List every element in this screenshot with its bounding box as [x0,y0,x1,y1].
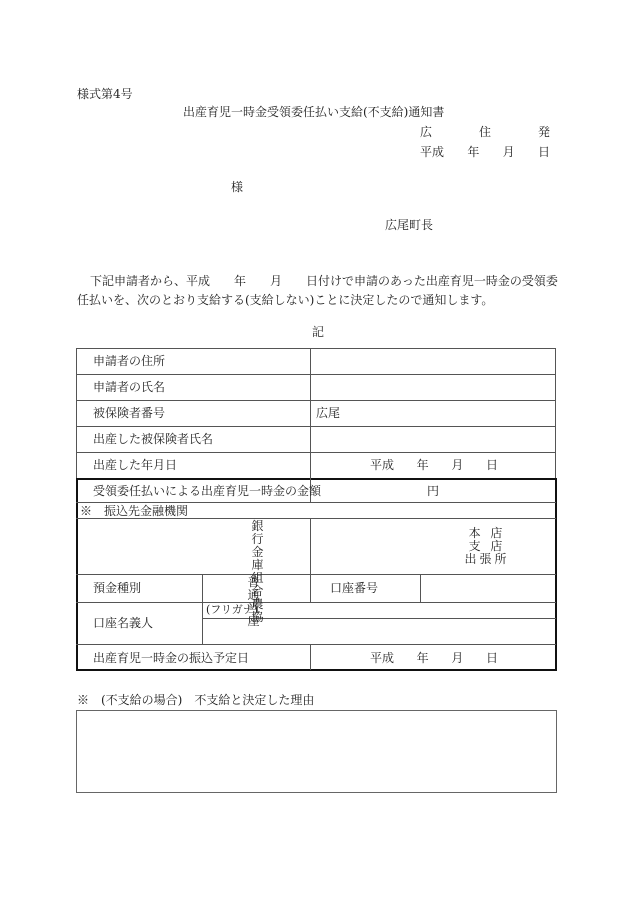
issue-date-month: 月 [503,143,515,160]
issue-date: 平成 年 月 日 [420,143,550,160]
amount-label: 受領委任払いによる出産育児一時金の金額 [93,485,321,497]
account-number-label: 口座番号 [330,582,378,594]
account-holder-furigana-field[interactable] [270,604,550,616]
institution-type-bank: 銀 行 [240,520,280,546]
addressee-suffix: 様 [231,181,243,193]
reason-label: ※ (不支給の場合) 不支給と決定した理由 [77,694,314,706]
deposit-type-options[interactable]: 普 通 当 座 [236,576,276,628]
insured-birth-name-label: 出産した被保険者氏名 [93,433,213,445]
amount-unit: 円 [427,485,439,497]
bank-name-field[interactable] [80,522,230,570]
transfer-date-year: 年 [417,652,429,664]
issue-number-suffix: 発 [538,123,550,140]
issue-date-era: 平成 [420,143,444,160]
applicant-name-label: 申請者の氏名 [93,381,165,393]
deposit-type-ordinary[interactable]: 普 通 [236,576,276,602]
body-line-1: 下記申請者から、平成 年 月 日付けで申請のあった出産育児一時金の受領委 [90,275,558,287]
bank-section-label: ※ 振込先金融機関 [80,505,188,517]
birth-date-field[interactable]: 平成 年 月 日 [370,459,498,471]
issue-date-year: 年 [467,143,479,160]
birth-date-month: 月 [451,459,463,471]
branch-type-office: 出張所 [462,553,512,566]
branch-type-list: 本 店 支 店 出張所 [462,527,512,566]
applicant-name-field[interactable] [316,381,551,395]
reason-field[interactable] [76,710,557,793]
issue-date-day: 日 [538,143,550,160]
form-number: 様式第4号 [77,88,133,100]
insured-number-field[interactable]: 広尾 [316,407,340,419]
birth-date-year: 年 [417,459,429,471]
insured-birth-name-field[interactable] [316,433,551,447]
body-line-2: 任払いを、次のとおり支給する(支給しない)ことに決定したので通知します。 [77,294,493,306]
deposit-type-label: 預金種別 [93,582,141,594]
transfer-date-month: 月 [451,652,463,664]
transfer-date-label: 出産育児一時金の振込予定日 [93,652,249,664]
insured-number-label: 被保険者番号 [93,407,165,419]
birth-date-day: 日 [486,459,498,471]
transfer-date-era: 平成 [370,652,394,664]
sender-name: 広尾町長 [385,219,433,231]
account-holder-field[interactable] [206,622,551,640]
document-title: 出産育児一時金受領委任払い支給(不支給)通知書 [183,106,444,118]
transfer-date-field[interactable]: 平成 年 月 日 [370,652,498,664]
birth-date-era: 平成 [370,459,394,471]
account-holder-label: 口座名義人 [93,617,153,629]
institution-type-shinkin: 金 庫 [240,546,280,572]
issue-number-middle: 住 [479,123,491,140]
applicant-address-field[interactable] [316,355,551,369]
transfer-date-day: 日 [486,652,498,664]
branch-name-field[interactable] [316,522,456,570]
issue-number-prefix: 広 [420,123,432,140]
issue-number: 広 住 発 [420,123,550,140]
furigana-label: (フリガナ) [206,604,258,615]
birth-date-label: 出産した年月日 [93,459,177,471]
applicant-address-label: 申請者の住所 [93,355,165,367]
account-number-field[interactable] [426,582,551,596]
ki-marker: 記 [312,326,324,338]
